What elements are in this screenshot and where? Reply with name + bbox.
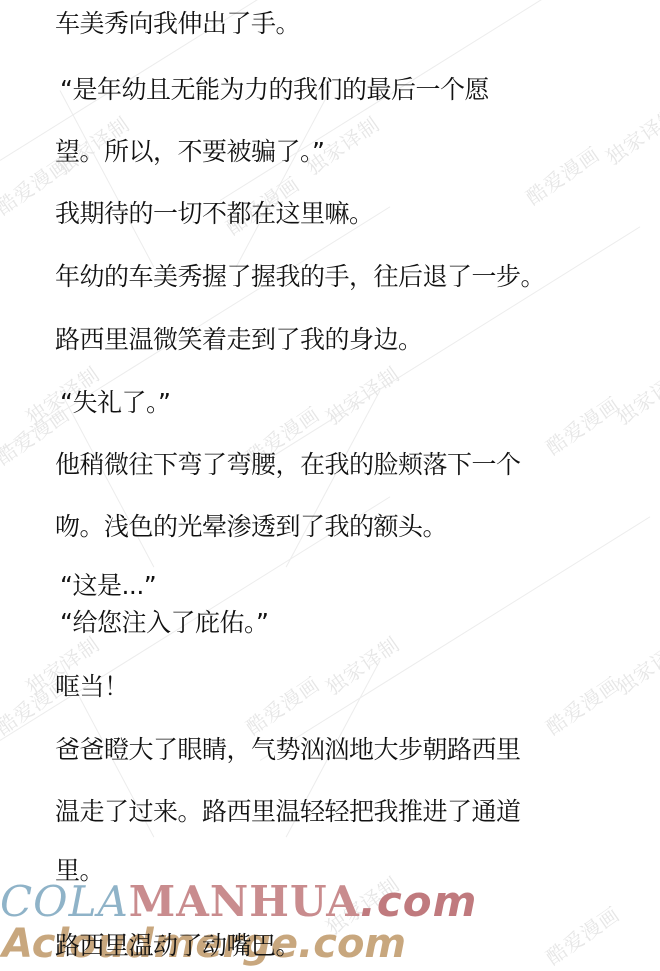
watermark-text: 酷爱漫画 [539,899,624,971]
paragraph-continued: 里。 [55,856,104,886]
dialogue: “失礼了。” [60,388,170,418]
watermark-text: 酷爱漫画 [519,139,604,211]
dialogue: “是年幼且无能为力的我们的最后一个愿 [60,75,489,105]
sound-effect: 哐当！ [55,672,129,702]
paragraph-continued: 温走了过来。路西里温轻轻把我推进了通道 [55,797,521,827]
watermark-text: 酷爱漫画 [539,669,624,741]
paragraph: 路西里温微笑着走到了我的身边。 [55,325,423,355]
watermark-text: 独家译制 [609,629,660,701]
dialogue-continued: 望。所以，不要被骗了。” [55,137,324,167]
paragraph: 我期待的一切不都在这里嘛。 [55,199,374,229]
watermark-text: 独家译制 [319,359,404,431]
dialogue: “给您注入了庇佑。” [60,608,268,638]
watermark-line [60,90,155,267]
watermark-text: 酷爱漫画 [539,389,624,461]
watermark-text: 独家译制 [319,629,404,701]
paragraph: 年幼的车美秀握了握我的手，往后退了一步。 [55,262,545,292]
watermark-line [260,516,651,761]
paragraph: 路西里温动了动嘴巴。 [55,931,300,961]
dialogue: “这是...” [60,571,156,601]
watermark-com: .com [360,877,477,926]
paragraph: 他稍微往下弯了弯腰，在我的脸颊落下一个 [55,450,521,480]
watermark-manhua: MANHUA [129,877,360,926]
watermark-text: 酷爱漫画 [239,669,324,741]
paragraph: 爸爸瞪大了眼睛，气势汹汹地大步朝路西里 [55,735,521,765]
watermark-text: 独家译制 [599,99,660,171]
paragraph: 车美秀向我伸出了手。 [55,9,300,39]
watermark-line [236,90,331,267]
paragraph-continued: 吻。浅色的光晕渗透到了我的额头。 [55,512,447,542]
watermark-text: 独家译制 [609,359,660,431]
